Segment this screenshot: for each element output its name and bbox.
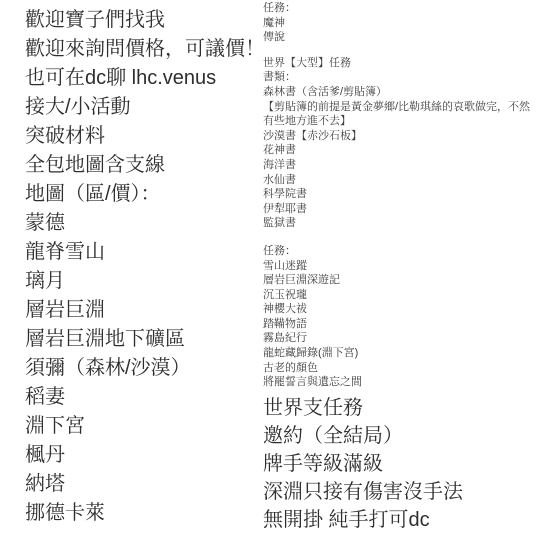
region-nodkrai: 挪德卡萊	[25, 499, 265, 528]
book-item-forest: 森林書（含活爹/剪貼簿）	[263, 85, 537, 100]
region-chasm-underground: 層岩巨淵地下礦區	[25, 325, 265, 354]
book-item-ocean: 海洋書	[263, 158, 537, 173]
quests-section-2: 任務： 雪山迷蹤 層岩巨淵深遊記 沉玉祝瓏 神櫻大祓 踏鞴物語 霧島紀行 龍蛇藏…	[263, 244, 537, 390]
right-column: 任務： 魔神 傳說 世界【大型】任務 書類： 森林書（含活爹/剪貼簿） 【剪貼簿…	[263, 1, 537, 534]
quest-item-sakura-cleansing: 神櫻大祓	[263, 302, 537, 317]
service-abyss-condition: 深淵只接有傷害沒手法	[263, 478, 537, 506]
region-sumeru: 須彌（森林/沙漠）	[25, 354, 265, 383]
region-natlan: 納塔	[25, 470, 265, 499]
quest-item-tatara-tales: 踏鞴物語	[263, 317, 537, 332]
quest-item-chasm-delvers: 層岩巨淵深遊記	[263, 273, 537, 288]
region-liyue: 璃月	[25, 267, 265, 296]
book-category-header: 書類：	[263, 70, 537, 85]
world-quests-header: 世界【大型】任務	[263, 56, 537, 71]
book-item-desert: 沙漠書【赤沙石板】	[263, 129, 537, 144]
service-world-side-quests: 世界支任務	[263, 394, 537, 422]
book-item-prison: 監獄書	[263, 216, 537, 231]
book-item-iliyas: 伊犁耶書	[263, 202, 537, 217]
region-enkanomiya: 淵下宮	[25, 412, 265, 441]
service-tcg-max-rank: 牌手等級滿級	[263, 450, 537, 478]
quests-section-1: 任務： 魔神 傳說	[263, 1, 537, 45]
region-fontaine: 楓丹	[25, 441, 265, 470]
welcome-line: 歡迎寶子們找我	[25, 6, 265, 35]
book-item-flower-god: 花神書	[263, 143, 537, 158]
service-no-cheat-line: 無開掛 純手打可dc	[263, 506, 537, 534]
world-quests-section: 世界【大型】任務 書類： 森林書（含活爹/剪貼簿） 【剪貼簿的前提是黃金夢鄉/比…	[263, 56, 537, 231]
price-inquiry-line: 歡迎來詢問價格，可議價！	[25, 35, 265, 64]
map-price-header: 地圖（區/價）：	[25, 180, 265, 209]
book-item-narcissus: 水仙書	[263, 173, 537, 188]
book-item-institute: 科學院書	[263, 187, 537, 202]
quest-item-chenyu: 沉玉祝瓏	[263, 288, 537, 303]
quest-item-ancient-colors: 古老的顏色	[263, 361, 537, 376]
service-hangouts: 邀約（全結局）	[263, 422, 537, 450]
dc-contact-line: 也可在dc聊 lhc.venus	[25, 64, 265, 93]
events-line: 接大/小活動	[25, 93, 265, 122]
region-chasm: 層岩巨淵	[25, 296, 265, 325]
big-services-section: 世界支任務 邀約（全結局） 牌手等級滿級 深淵只接有傷害沒手法 無開掛 純手打可…	[263, 394, 537, 534]
quest-item-story: 傳說	[263, 30, 537, 45]
region-inazuma: 稻妻	[25, 383, 265, 412]
quests-header-2: 任務：	[263, 244, 537, 259]
quests-header-1: 任務：	[263, 1, 537, 16]
full-map-line: 全包地圖含支線	[25, 151, 265, 180]
quest-item-mist-journey: 霧島紀行	[263, 331, 537, 346]
forest-book-note: 【剪貼簿的前提是黃金夢鄉/比勒琪絲的哀歌做完，不然有些地方進不去】	[263, 100, 537, 129]
region-dragonspine: 龍脊雪山	[25, 238, 265, 267]
quest-item-snow-mountain: 雪山迷蹤	[263, 259, 537, 274]
region-mondstadt: 蒙德	[25, 209, 265, 238]
quest-item-oath-oblivion: 將罷誓言與遺忘之間	[263, 375, 537, 390]
left-column: 歡迎寶子們找我 歡迎來詢問價格，可議價！ 也可在dc聊 lhc.venus 接大…	[25, 6, 265, 528]
quest-item-archon: 魔神	[263, 16, 537, 31]
quest-item-dragon-snake: 龍蛇藏歸錄(淵下宮)	[263, 346, 537, 361]
materials-line: 突破材料	[25, 122, 265, 151]
